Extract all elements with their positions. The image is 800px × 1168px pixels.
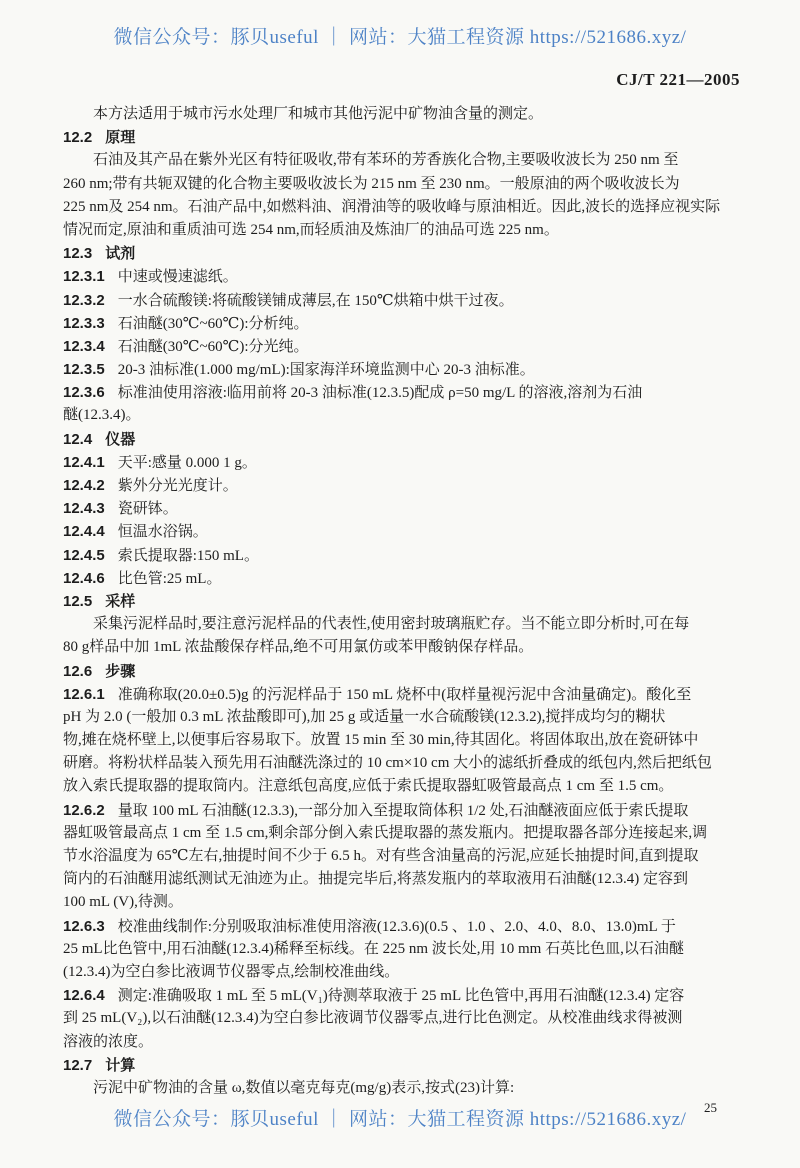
line-text: 溶液的浓度。 xyxy=(63,1034,153,1050)
clause-number: 12.3.4 xyxy=(63,338,105,355)
document-body: 本方法适用于城市污水处理厂和城市其他污泥中矿物油含量的测定。12.2原理石油及其… xyxy=(63,103,745,1100)
clause-number: 12.6.2 xyxy=(63,802,105,819)
section-heading: 12.3试剂 xyxy=(63,242,745,265)
text-line: 污泥中矿物油的含量 ω,数值以毫克每克(mg/g)表示,按式(23)计算: xyxy=(63,1077,745,1100)
section-heading: 12.6步骤 xyxy=(63,660,745,683)
page-number: 25 xyxy=(704,1100,717,1116)
clause-number: 12.3.2 xyxy=(63,292,105,309)
clause-number: 12.2 xyxy=(63,129,92,146)
text-line: 12.4.6比色管:25 mL。 xyxy=(63,567,745,590)
clause-number: 12.6.4 xyxy=(63,987,105,1004)
line-text: 紫外分光光度计。 xyxy=(118,478,238,494)
clause-number: 12.3.1 xyxy=(63,268,105,285)
line-text: 校准曲线制作:分别吸取油标准使用溶液(12.3.6)(0.5 、1.0 、2.0… xyxy=(118,919,676,935)
text-line: 节水浴温度为 65℃左右,抽提时间不少于 6.5 h。对有些含油量高的污泥,应延… xyxy=(63,845,745,868)
text-line: 25 mL比色管中,用石油醚(12.3.4)稀释至标线。在 225 nm 波长处… xyxy=(63,938,745,961)
text-line: 12.4.3瓷研钵。 xyxy=(63,497,745,520)
text-line: 12.4.5索氏提取器:150 mL。 xyxy=(63,544,745,567)
line-text: 污泥中矿物油的含量 ω,数值以毫克每克(mg/g)表示,按式(23)计算: xyxy=(93,1080,514,1096)
clause-number: 12.4 xyxy=(63,431,92,448)
section-heading: 12.4仪器 xyxy=(63,428,745,451)
clause-number: 12.3.6 xyxy=(63,384,105,401)
line-text: 试剂 xyxy=(105,245,135,262)
text-line: (12.3.4)为空白参比液调节仪器零点,绘制校准曲线。 xyxy=(63,961,745,984)
text-line: 采集污泥样品时,要注意污泥样品的代表性,使用密封玻璃瓶贮存。当不能立即分析时,可… xyxy=(63,613,745,636)
watermark-bottom: 微信公众号：豚贝useful ｜ 网站：大猫工程资源 https://52168… xyxy=(0,1104,800,1131)
line-text: 225 nm及 254 nm。石油产品中,如燃料油、润滑油等的吸收峰与原油相近。… xyxy=(63,199,720,215)
line-text: 标准油使用溶液:临用前将 20-3 油标准(12.3.5)配成 ρ=50 mg/… xyxy=(118,385,643,401)
line-text: 步骤 xyxy=(105,663,135,680)
line-text: 索氏提取器:150 mL。 xyxy=(118,548,259,564)
clause-number: 12.3.3 xyxy=(63,315,105,332)
line-text: 20-3 油标准(1.000 mg/mL):国家海洋环境监测中心 20-3 油标… xyxy=(118,362,535,378)
section-heading: 12.7计算 xyxy=(63,1054,745,1077)
text-line: 本方法适用于城市污水处理厂和城市其他污泥中矿物油含量的测定。 xyxy=(63,103,745,126)
line-text: 仪器 xyxy=(105,431,135,448)
line-text: 醚(12.3.4)。 xyxy=(63,407,141,423)
line-text: 一水合硫酸镁:将硫酸镁铺成薄层,在 150℃烘箱中烘干过夜。 xyxy=(118,293,514,309)
text-line: 260 nm;带有共轭双键的化合物主要吸收波长为 215 nm 至 230 nm… xyxy=(63,173,745,196)
text-line: 到 25 mL(V₂),以石油醚(12.3.4)为空白参比液调节仪器零点,进行比… xyxy=(63,1007,745,1030)
line-text: 100 mL (V),待测。 xyxy=(63,894,183,910)
text-line: 12.3.4石油醚(30℃~60℃):分光纯。 xyxy=(63,335,745,358)
text-line: 225 nm及 254 nm。石油产品中,如燃料油、润滑油等的吸收峰与原油相近。… xyxy=(63,196,745,219)
text-line: 溶液的浓度。 xyxy=(63,1031,745,1054)
line-text: 采样 xyxy=(105,593,135,610)
text-line: 石油及其产品在紫外光区有特征吸收,带有苯环的芳香族化合物,主要吸收波长为 250… xyxy=(63,149,745,172)
text-line: 12.6.3校准曲线制作:分别吸取油标准使用溶液(12.3.6)(0.5 、1.… xyxy=(63,915,745,938)
line-text: 准确称取(20.0±0.5)g 的污泥样品于 150 mL 烧杯中(取样量视污泥… xyxy=(118,687,692,703)
line-text: 石油及其产品在紫外光区有特征吸收,带有苯环的芳香族化合物,主要吸收波长为 250… xyxy=(93,152,678,168)
text-line: 物,摊在烧杯壁上,以便事后容易取下。放置 15 min 至 30 min,待其固… xyxy=(63,729,745,752)
clause-number: 12.4.5 xyxy=(63,547,105,564)
text-line: 12.4.1天平:感量 0.000 1 g。 xyxy=(63,451,745,474)
text-line: 放入索氏提取器的提取筒内。注意纸包高度,应低于索氏提取器虹吸管最高点 1 cm … xyxy=(63,775,745,798)
clause-number: 12.6.1 xyxy=(63,686,105,703)
text-line: 12.4.4恒温水浴锅。 xyxy=(63,520,745,543)
text-line: 醚(12.3.4)。 xyxy=(63,404,745,427)
text-line: pH 为 2.0 (一般加 0.3 mL 浓盐酸即可),加 25 g 或适量一水… xyxy=(63,706,745,729)
line-text: pH 为 2.0 (一般加 0.3 mL 浓盐酸即可),加 25 g 或适量一水… xyxy=(63,709,665,725)
line-text: 中速或慢速滤纸。 xyxy=(118,269,238,285)
text-line: 12.4.2紫外分光光度计。 xyxy=(63,474,745,497)
line-text: 筒内的石油醚用滤纸测试无油迹为止。抽提完毕后,将蒸发瓶内的萃取液用石油醚(12.… xyxy=(63,871,688,887)
clause-number: 12.3.5 xyxy=(63,361,105,378)
text-line: 器虹吸管最高点 1 cm 至 1.5 cm,剩余部分倒入索氏提取器的蒸发瓶内。把… xyxy=(63,822,745,845)
document-standard-number: CJ/T 221—2005 xyxy=(616,70,740,90)
section-heading: 12.5采样 xyxy=(63,590,745,613)
line-text: 石油醚(30℃~60℃):分析纯。 xyxy=(118,316,309,332)
text-line: 12.3.1中速或慢速滤纸。 xyxy=(63,265,745,288)
line-text: 物,摊在烧杯壁上,以便事后容易取下。放置 15 min 至 30 min,待其固… xyxy=(63,732,698,748)
text-line: 80 g样品中加 1mL 浓盐酸保存样品,绝不可用氯仿或苯甲酸钠保存样品。 xyxy=(63,636,745,659)
text-line: 研磨。将粉状样品装入预先用石油醚洗涤过的 10 cm×10 cm 大小的滤纸折叠… xyxy=(63,752,745,775)
text-line: 12.3.3石油醚(30℃~60℃):分析纯。 xyxy=(63,312,745,335)
line-text: 计算 xyxy=(105,1057,135,1074)
clause-number: 12.6.3 xyxy=(63,918,105,935)
clause-number: 12.7 xyxy=(63,1057,92,1074)
line-text: (12.3.4)为空白参比液调节仪器零点,绘制校准曲线。 xyxy=(63,964,399,980)
line-text: 瓷研钵。 xyxy=(118,501,178,517)
line-text: 节水浴温度为 65℃左右,抽提时间不少于 6.5 h。对有些含油量高的污泥,应延… xyxy=(63,848,699,864)
clause-number: 12.4.3 xyxy=(63,500,105,517)
line-text: 石油醚(30℃~60℃):分光纯。 xyxy=(118,339,309,355)
text-line: 12.3.520-3 油标准(1.000 mg/mL):国家海洋环境监测中心 2… xyxy=(63,358,745,381)
line-text: 放入索氏提取器的提取筒内。注意纸包高度,应低于索氏提取器虹吸管最高点 1 cm … xyxy=(63,778,673,794)
text-line: 12.3.2一水合硫酸镁:将硫酸镁铺成薄层,在 150℃烘箱中烘干过夜。 xyxy=(63,289,745,312)
line-text: 量取 100 mL 石油醚(12.3.3),一部分加入至提取筒体积 1/2 处,… xyxy=(118,803,689,819)
text-line: 100 mL (V),待测。 xyxy=(63,891,745,914)
line-text: 恒温水浴锅。 xyxy=(118,524,208,540)
clause-number: 12.5 xyxy=(63,593,92,610)
line-text: 测定:准确吸取 1 mL 至 5 mL(V₁)待测萃取液于 25 mL 比色管中… xyxy=(118,988,685,1004)
line-text: 情况而定,原油和重质油可选 254 nm,而轻质油及炼油厂的油品可选 225 n… xyxy=(63,222,559,238)
line-text: 比色管:25 mL。 xyxy=(118,571,222,587)
line-text: 研磨。将粉状样品装入预先用石油醚洗涤过的 10 cm×10 cm 大小的滤纸折叠… xyxy=(63,755,712,771)
line-text: 原理 xyxy=(105,129,135,146)
line-text: 到 25 mL(V₂),以石油醚(12.3.4)为空白参比液调节仪器零点,进行比… xyxy=(63,1010,682,1026)
clause-number: 12.4.4 xyxy=(63,523,105,540)
line-text: 器虹吸管最高点 1 cm 至 1.5 cm,剩余部分倒入索氏提取器的蒸发瓶内。把… xyxy=(63,825,707,841)
clause-number: 12.4.1 xyxy=(63,454,105,471)
watermark-top: 微信公众号：豚贝useful ｜ 网站：大猫工程资源 https://52168… xyxy=(0,22,800,49)
clause-number: 12.4.6 xyxy=(63,570,105,587)
line-text: 260 nm;带有共轭双键的化合物主要吸收波长为 215 nm 至 230 nm… xyxy=(63,176,680,192)
text-line: 筒内的石油醚用滤纸测试无油迹为止。抽提完毕后,将蒸发瓶内的萃取液用石油醚(12.… xyxy=(63,868,745,891)
text-line: 12.6.2量取 100 mL 石油醚(12.3.3),一部分加入至提取筒体积 … xyxy=(63,799,745,822)
text-line: 12.6.1准确称取(20.0±0.5)g 的污泥样品于 150 mL 烧杯中(… xyxy=(63,683,745,706)
clause-number: 12.6 xyxy=(63,663,92,680)
clause-number: 12.3 xyxy=(63,245,92,262)
line-text: 本方法适用于城市污水处理厂和城市其他污泥中矿物油含量的测定。 xyxy=(93,106,543,122)
line-text: 25 mL比色管中,用石油醚(12.3.4)稀释至标线。在 225 nm 波长处… xyxy=(63,941,684,957)
line-text: 天平:感量 0.000 1 g。 xyxy=(118,455,257,471)
text-line: 12.6.4测定:准确吸取 1 mL 至 5 mL(V₁)待测萃取液于 25 m… xyxy=(63,984,745,1007)
line-text: 80 g样品中加 1mL 浓盐酸保存样品,绝不可用氯仿或苯甲酸钠保存样品。 xyxy=(63,639,533,655)
section-heading: 12.2原理 xyxy=(63,126,745,149)
clause-number: 12.4.2 xyxy=(63,477,105,494)
line-text: 采集污泥样品时,要注意污泥样品的代表性,使用密封玻璃瓶贮存。当不能立即分析时,可… xyxy=(93,616,689,632)
text-line: 情况而定,原油和重质油可选 254 nm,而轻质油及炼油厂的油品可选 225 n… xyxy=(63,219,745,242)
text-line: 12.3.6标准油使用溶液:临用前将 20-3 油标准(12.3.5)配成 ρ=… xyxy=(63,381,745,404)
